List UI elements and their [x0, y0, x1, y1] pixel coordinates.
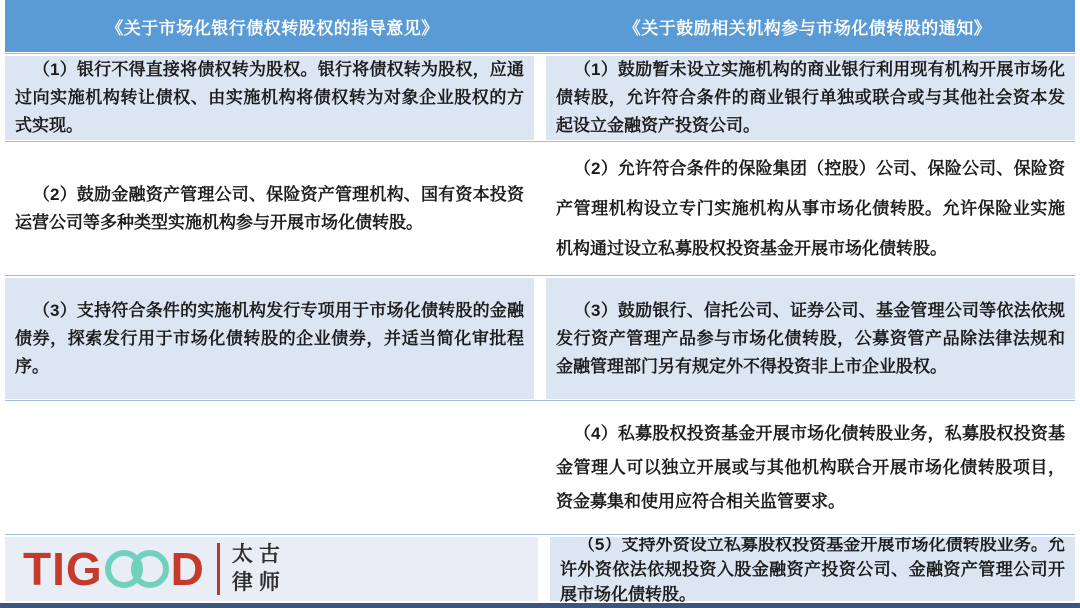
cell-3-right-text: （3）鼓励银行、信托公司、证券公司、基金管理公司等依法依规发行资产管理产品参与市… [556, 297, 1065, 381]
logo-text-prefix: TIG [23, 546, 103, 592]
row-separator [5, 533, 1075, 537]
table-row-4: （4）私募股权投资基金开展市场化债转股业务，私募股权投资基金管理人可以独立开展或… [5, 403, 1075, 533]
header-left-title: 《关于市场化银行债权转股权的指导意见》 [5, 0, 540, 52]
cell-5-right-text: （5）支持外资设立私募股权投资基金开展市场化债转股业务。允许外资依法依规投资入股… [560, 532, 1065, 607]
cell-2-left-text: （2）鼓励金融资产管理公司、保险资产管理机构、国有资本投资运营公司等多种类型实施… [15, 181, 524, 237]
cell-3-left: （3）支持符合条件的实施机构发行专项用于市场化债转股的金融债券，探索发行用于市场… [5, 278, 534, 399]
cell-1-right: （1）鼓励暂未设立实施机构的商业银行利用现有机构开展市场化债转股，允许符合条件的… [546, 56, 1075, 140]
cell-4-right: （4）私募股权投资基金开展市场化债转股业务，私募股权投资基金管理人可以独立开展或… [546, 403, 1075, 533]
row-separator [5, 140, 1075, 144]
header-right-title: 《关于鼓励相关机构参与市场化债转股的通知》 [540, 0, 1075, 52]
cell-1-left: （1）银行不得直接将债权转为股权。银行将债权转为股权，应通过向实施机构转让债权、… [5, 56, 534, 140]
table-row-2: （2）鼓励金融资产管理公司、保险资产管理机构、国有资本投资运营公司等多种类型实施… [5, 144, 1075, 274]
table-header-row: 《关于市场化银行债权转股权的指导意见》 《关于鼓励相关机构参与市场化债转股的通知… [5, 0, 1075, 52]
table-row-3: （3）支持符合条件的实施机构发行专项用于市场化债转股的金融债券，探索发行用于市场… [5, 278, 1075, 399]
firm-name: 太古 律师 [232, 541, 286, 598]
cell-3-right: （3）鼓励银行、信托公司、证券公司、基金管理公司等依法依规发行资产管理产品参与市… [546, 278, 1075, 399]
firm-name-line2: 律师 [232, 569, 286, 597]
logo-divider [217, 543, 220, 595]
cell-1-right-text: （1）鼓励暂未设立实施机构的商业银行利用现有机构开展市场化债转股，允许符合条件的… [556, 56, 1065, 140]
cell-4-right-text: （4）私募股权投资基金开展市场化债转股业务，私募股权投资基金管理人可以独立开展或… [556, 417, 1065, 519]
cell-4-left [5, 403, 534, 533]
cell-2-right-text: （2）允许符合条件的保险集团（控股）公司、保险公司、保险资产管理机构设立专门实施… [556, 149, 1065, 269]
table-bottom-border [0, 603, 1080, 608]
row-separator [5, 52, 1075, 56]
policy-comparison-table: 《关于市场化银行债权转股权的指导意见》 《关于鼓励相关机构参与市场化债转股的通知… [0, 0, 1080, 608]
logo-ring-icon [131, 550, 169, 588]
logo-text-suffix: D [171, 546, 205, 592]
cell-3-left-text: （3）支持符合条件的实施机构发行专项用于市场化债转股的金融债券，探索发行用于市场… [15, 297, 524, 381]
tigood-logo: TIG D [23, 546, 205, 592]
cell-2-left: （2）鼓励金融资产管理公司、保险资产管理机构、国有资本投资运营公司等多种类型实施… [5, 144, 534, 274]
row-separator [5, 399, 1075, 403]
row-separator [5, 274, 1075, 278]
firm-name-line1: 太古 [232, 541, 286, 569]
cell-2-right: （2）允许符合条件的保险集团（控股）公司、保险公司、保险资产管理机构设立专门实施… [546, 144, 1075, 274]
table-row-1: （1）银行不得直接将债权转为股权。银行将债权转为股权，应通过向实施机构转让债权、… [5, 56, 1075, 140]
table-row-5: TIG D 太古 律师 （5）支持外资设立私募股权投资基金开展市场化债转股业务。… [5, 537, 1075, 601]
cell-1-left-text: （1）银行不得直接将债权转为股权。银行将债权转为股权，应通过向实施机构转让债权、… [15, 56, 524, 140]
logo-cell: TIG D 太古 律师 [5, 537, 538, 601]
cell-5-right: （5）支持外资设立私募股权投资基金开展市场化债转股业务。允许外资依法依规投资入股… [550, 537, 1075, 601]
